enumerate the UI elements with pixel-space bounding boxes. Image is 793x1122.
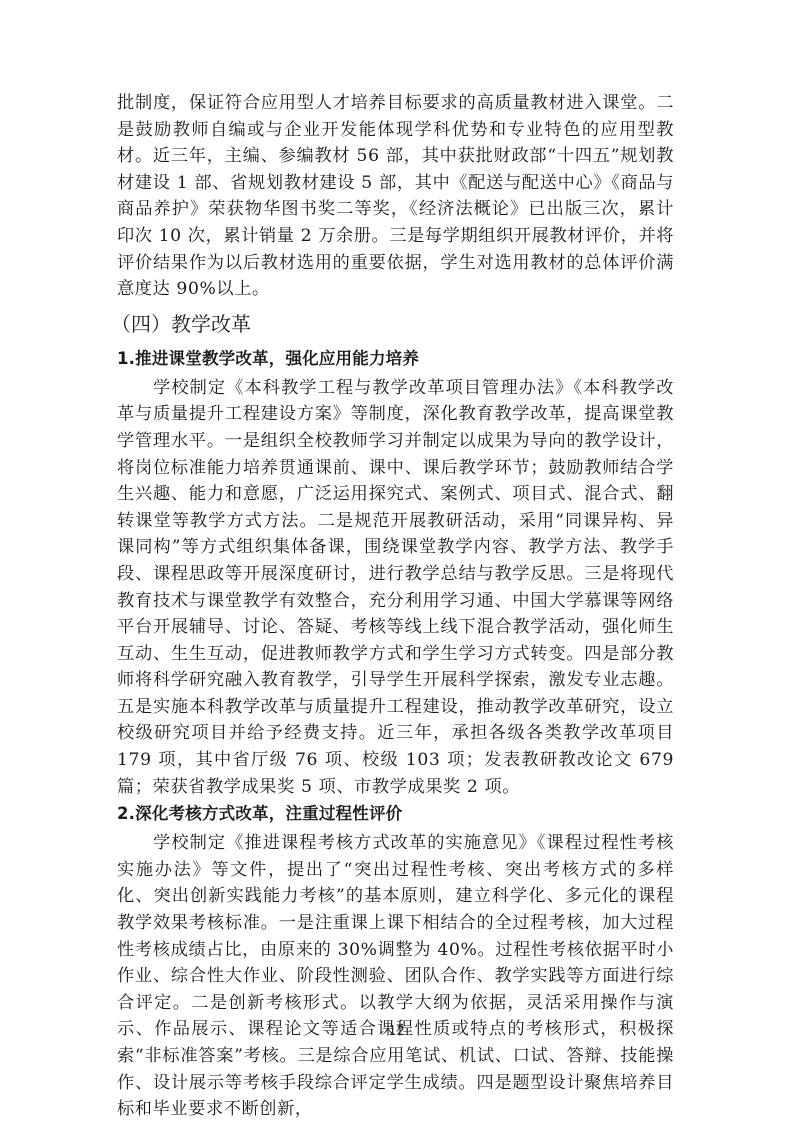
subsection-heading-assessment-reform: 2.深化考核方式改革，注重过程性评价 xyxy=(117,800,674,828)
paragraph-assessment-reform: 学校制定《推进课程考核方式改革的实施意见》《课程过程性考核实施办法》等文件，提出… xyxy=(117,830,674,1122)
section-heading-teaching-reform: （四）教学改革 xyxy=(111,309,674,339)
paragraph-textbook-continuation: 批制度，保证符合应用型人才培养目标要求的高质量教材进入课堂。二是鼓励教师自编或与… xyxy=(117,90,674,303)
paragraph-classroom-reform: 学校制定《本科教学工程与教学改革项目管理办法》《本科教学改革与质量提升工程建设方… xyxy=(117,375,674,801)
subsection-heading-classroom-reform: 1.推进课堂教学改革，强化应用能力培养 xyxy=(117,345,674,373)
page-number: 12 xyxy=(0,1024,793,1039)
document-page: 批制度，保证符合应用型人才培养目标要求的高质量教材进入课堂。二是鼓励教师自编或与… xyxy=(117,90,674,1122)
